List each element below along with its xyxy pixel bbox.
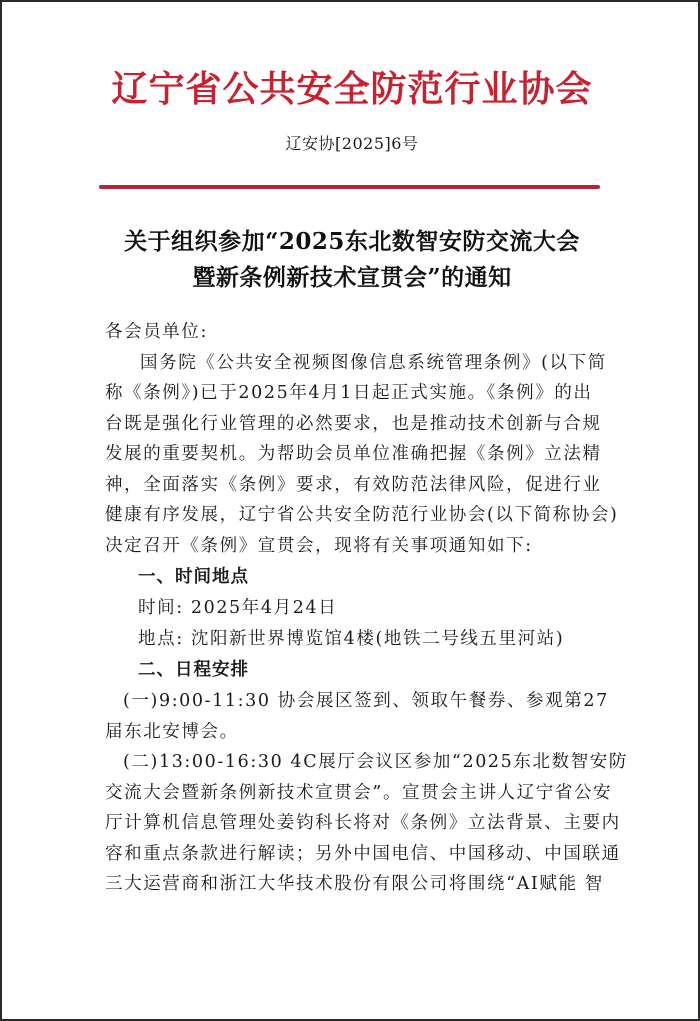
paragraph-line: 发展的重要契机。为帮助会员单位准确把握《条例》立法精: [105, 439, 615, 470]
event-time: 时间: 2025年4月24日: [105, 593, 615, 624]
notice-body: 各会员单位: 国务院《公共安全视频图像信息系统管理条例》(以下简 称《条例》)已…: [105, 317, 615, 900]
paragraph-line: 称《条例》)已于2025年4月1日起正式实施。《条例》的出: [105, 378, 615, 409]
organization-title: 辽宁省公共安全防范行业协会: [2, 64, 700, 114]
paragraph-line: 神，全面落实《条例》要求，有效防范法律风险，促进行业: [105, 470, 615, 501]
section-heading-schedule: 二、日程安排: [105, 654, 615, 686]
notice-title-line-1: 关于组织参加“2025东北数智安防交流大会: [2, 224, 700, 260]
paragraph-line: 健康有序发展，辽宁省公共安全防范行业协会(以下简称协会): [105, 500, 615, 531]
event-place: 地点: 沈阳新世界博览馆4楼(地铁二号线五里河站): [105, 624, 615, 655]
schedule-item-2-cont: 三大运营商和浙江大华技术股份有限公司将围绕“AI赋能 智: [105, 869, 615, 900]
schedule-item-2-cont: 容和重点条款进行解读；另外中国电信、中国移动、中国联通: [105, 839, 615, 870]
document-page: 辽宁省公共安全防范行业协会 辽安协[2025]6号 关于组织参加“2025东北数…: [0, 0, 700, 1021]
section-heading-time-place: 一、时间地点: [105, 561, 615, 593]
red-divider: [99, 185, 600, 189]
schedule-item-1-cont: 届东北安博会。: [105, 717, 615, 748]
paragraph-line: 国务院《公共安全视频图像信息系统管理条例》(以下简: [105, 348, 615, 379]
paragraph-line: 决定召开《条例》宣贯会，现将有关事项通知如下:: [105, 531, 615, 562]
schedule-item-2-cont: 厅计算机信息管理处姜钧科长将对《条例》立法背景、主要内: [105, 808, 615, 839]
document-number: 辽安协[2025]6号: [2, 132, 700, 156]
salutation: 各会员单位:: [105, 317, 615, 348]
schedule-item-1: (一)9:00-11:30 协会展区签到、领取午餐券、参观第27: [105, 686, 615, 717]
paragraph-line: 台既是强化行业管理的必然要求，也是推动技术创新与合规: [105, 409, 615, 440]
schedule-item-2: (二)13:00-16:30 4C展厅会议区参加“2025东北数智安防: [105, 747, 615, 778]
notice-title: 关于组织参加“2025东北数智安防交流大会 暨新条例新技术宣贯会”的通知: [2, 224, 700, 296]
notice-title-line-2: 暨新条例新技术宣贯会”的通知: [2, 260, 700, 296]
schedule-item-2-cont: 交流大会暨新条例新技术宣贯会”。宣贯会主讲人辽宁省公安: [105, 778, 615, 809]
